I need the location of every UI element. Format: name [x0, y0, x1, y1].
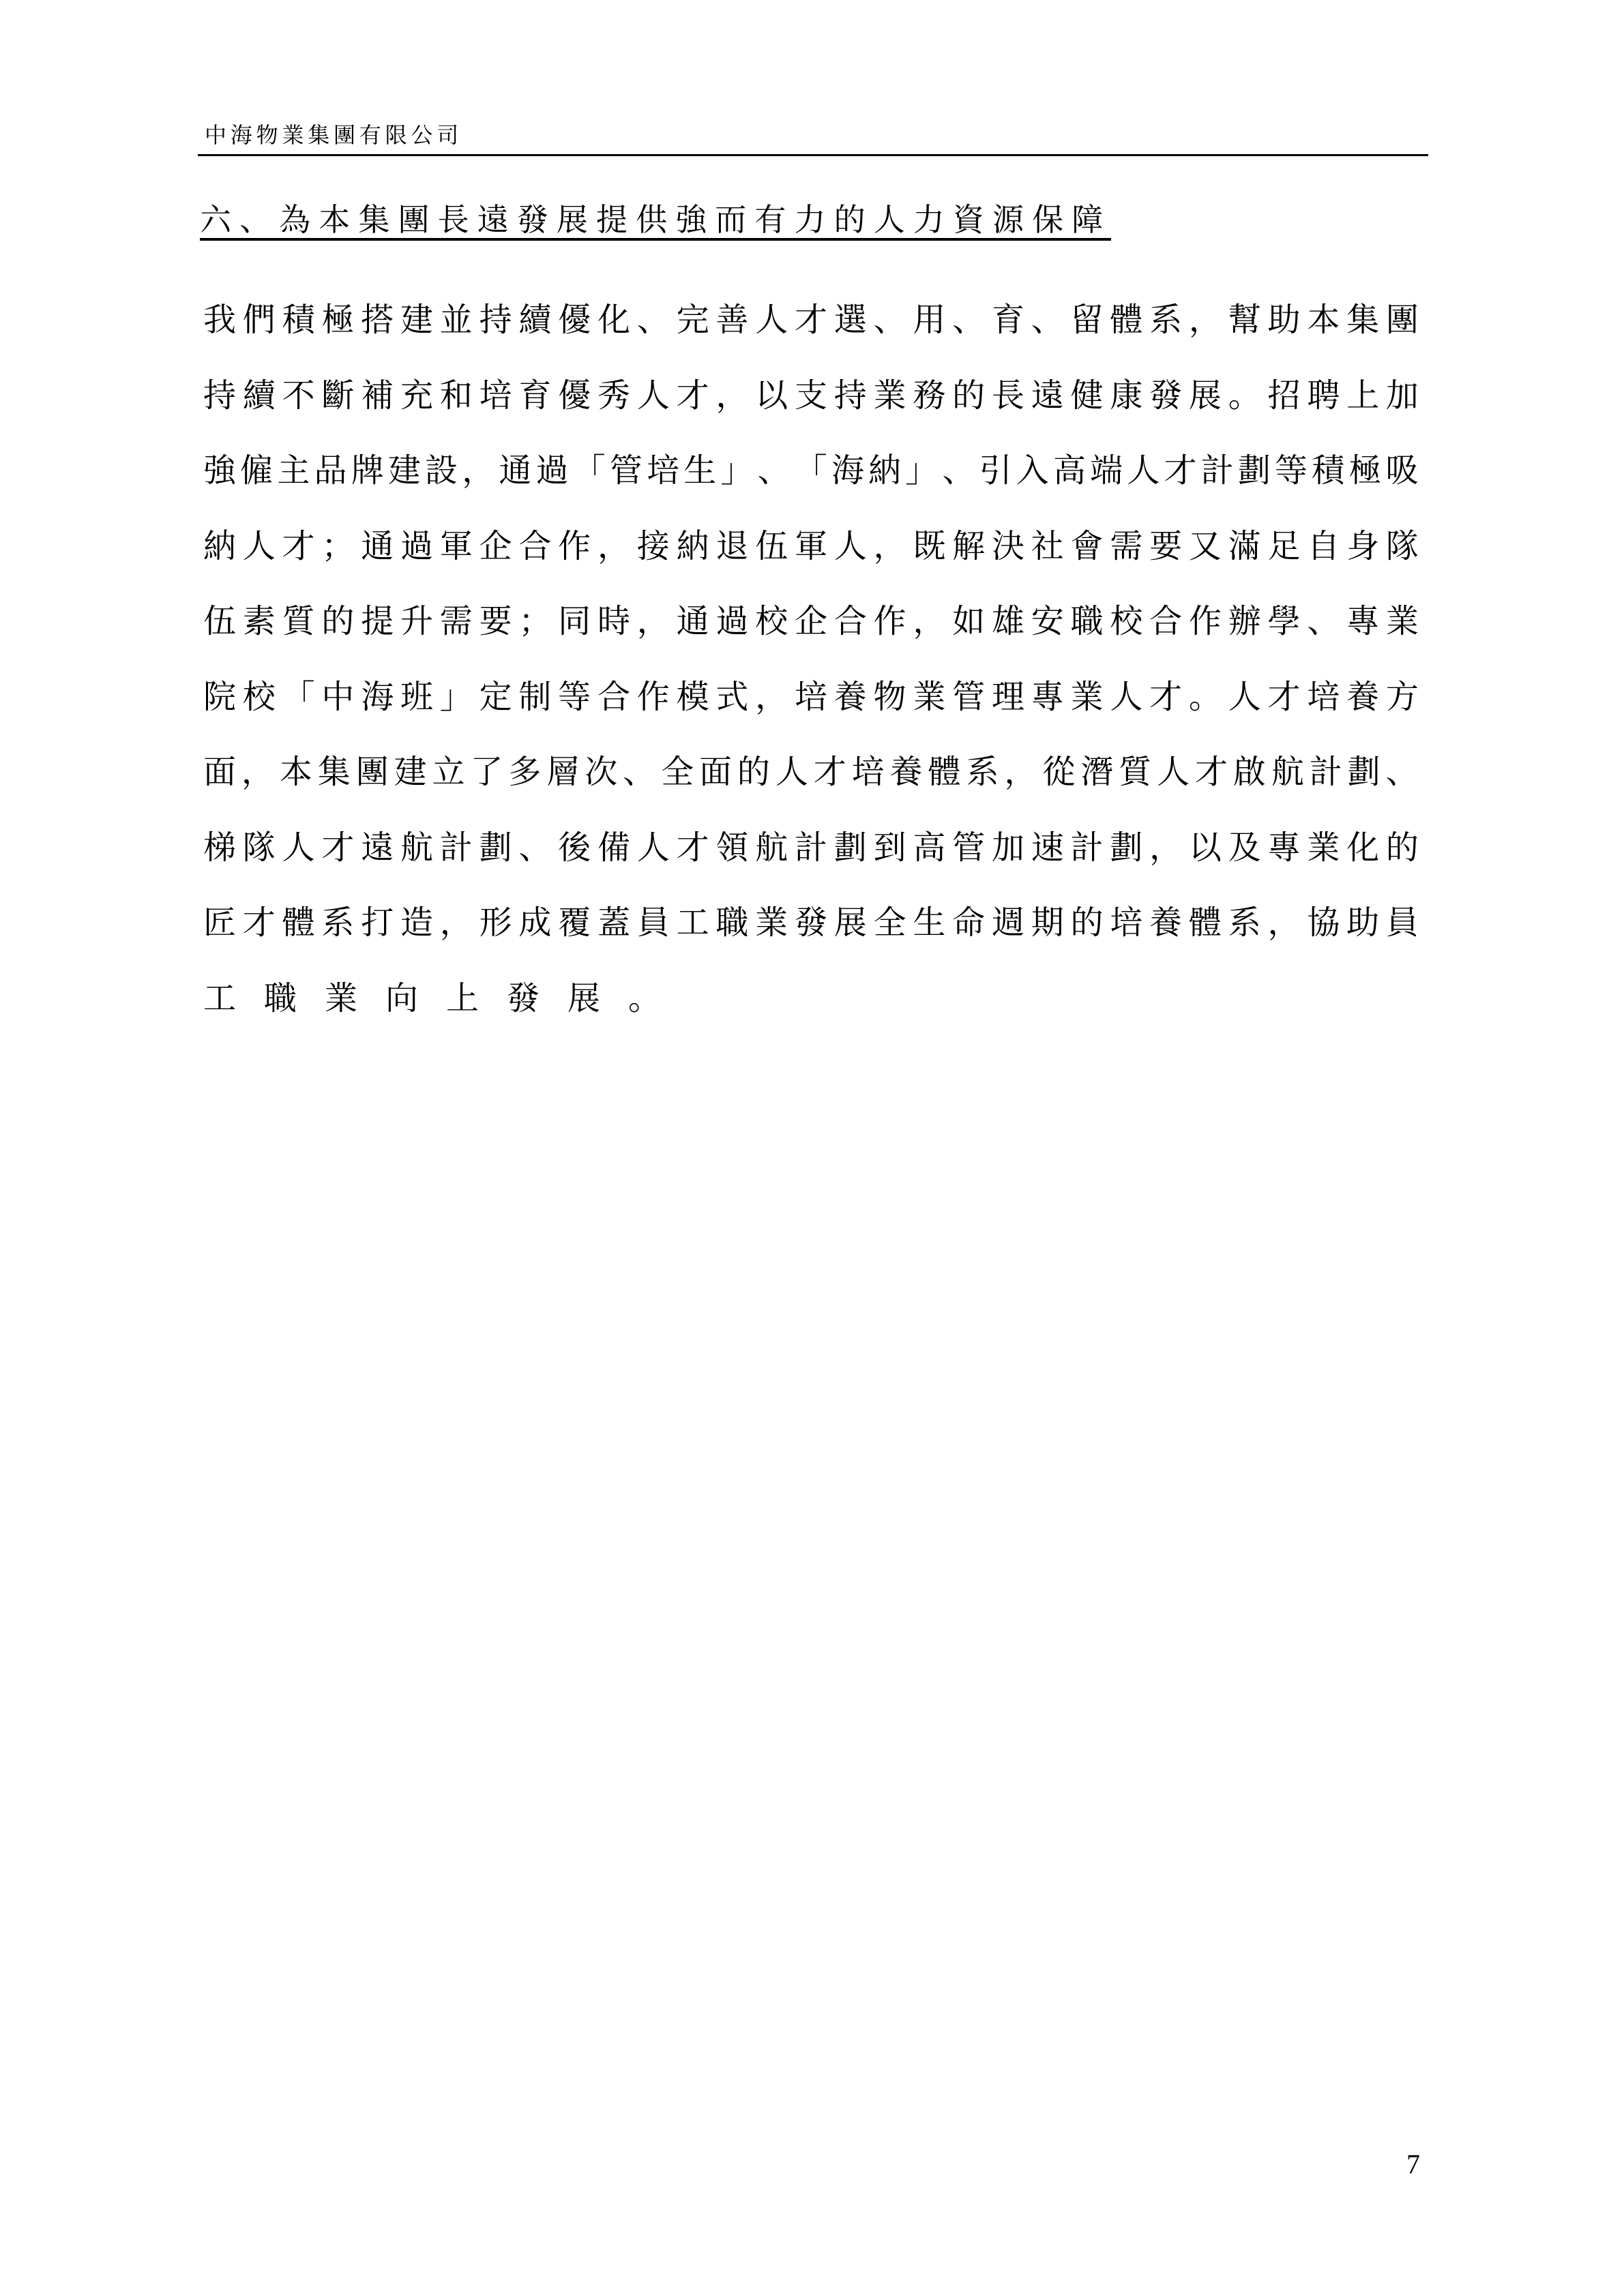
- paragraph-line: 強僱主品牌建設，通過「管培生」、「海納」、引入高端人才計劃等積極吸: [203, 447, 1419, 522]
- paragraph-line: 持續不斷補充和培育優秀人才，以支持業務的長遠健康發展。招聘上加: [203, 372, 1419, 447]
- paragraph-line: 匠才體系打造，形成覆蓋員工職業發展全生命週期的培養體系，協助員: [203, 899, 1419, 974]
- paragraph-line: 梯隊人才遠航計劃、後備人才領航計劃到高管加速計劃，以及專業化的: [203, 824, 1419, 899]
- header-divider: [198, 154, 1428, 156]
- paragraph-line-last: 工職業向上發展。: [203, 974, 1419, 1050]
- section-heading-underline: [200, 238, 1111, 241]
- paragraph-line: 伍素質的提升需要；同時，通過校企合作，如雄安職校合作辦學、專業: [203, 597, 1419, 673]
- paragraph-line: 我們積極搭建並持續優化、完善人才選、用、育、留體系，幫助本集團: [203, 296, 1419, 372]
- section-heading: 六、為本集團長遠發展提供強而有力的人力資源保障: [200, 200, 1111, 239]
- page-header-company-name: 中海物業集團有限公司: [205, 120, 462, 150]
- paragraph-line: 納人才；通過軍企合作，接納退伍軍人，既解決社會需要又滿足自身隊: [203, 522, 1419, 598]
- body-paragraph: 我們積極搭建並持續優化、完善人才選、用、育、留體系，幫助本集團 持續不斷補充和培…: [203, 296, 1419, 1049]
- paragraph-line: 面，本集團建立了多層次、全面的人才培養體系，從潛質人才啟航計劃、: [203, 748, 1419, 824]
- page-number: 7: [1406, 2148, 1420, 2181]
- paragraph-line: 院校「中海班」定制等合作模式，培養物業管理專業人才。人才培養方: [203, 673, 1419, 749]
